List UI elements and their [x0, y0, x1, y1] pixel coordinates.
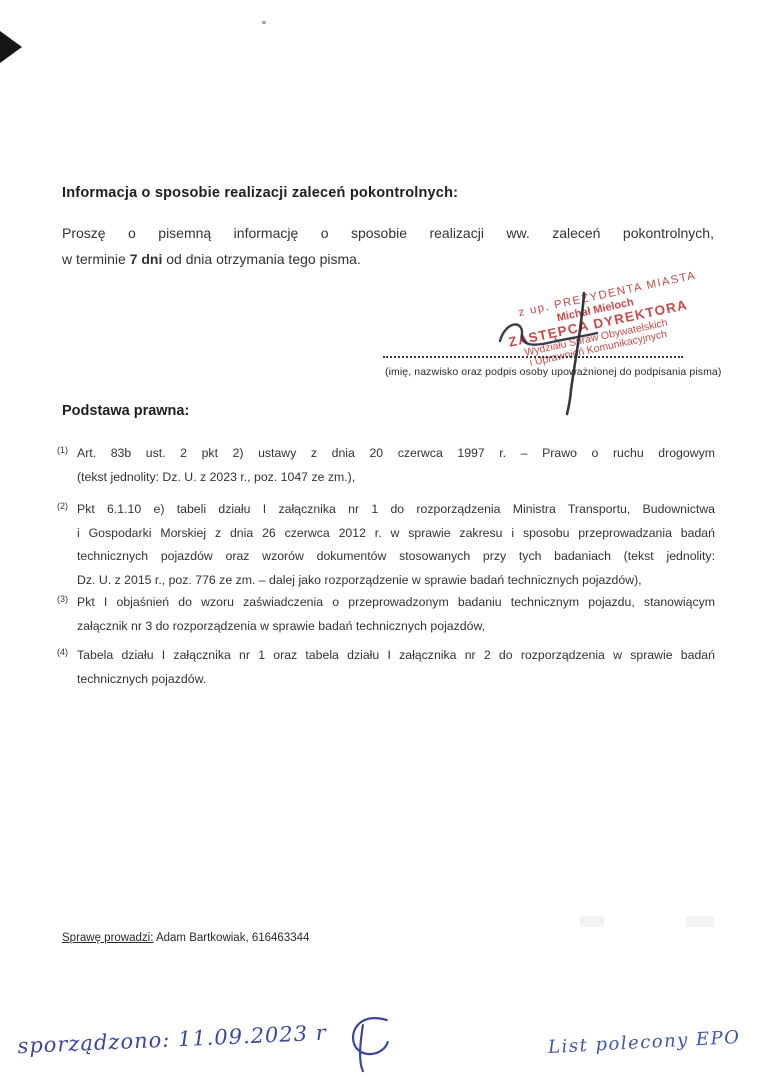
footnote-line: (tekst jednolity: Dz. U. z 2023 r., poz.… [77, 466, 715, 490]
scan-smudge [580, 916, 604, 927]
request-paragraph: Proszę o pisemną informację o sposobie r… [62, 220, 714, 272]
footnote-text: Art. 83b ust. 2 pkt 2) ustawy z dnia 20 … [77, 442, 715, 489]
footnote-line: Dz. U. z 2015 r., poz. 776 ze zm. – dale… [77, 569, 715, 593]
footnote-text: Tabela działu I załącznika nr 1 oraz tab… [77, 644, 715, 691]
case-handler-line: Sprawę prowadzi: Adam Bartkowiak, 616463… [62, 932, 309, 944]
footnote-text: Pkt 6.1.10 e) tabeli działu I załącznika… [77, 498, 715, 592]
footnote-line: Art. 83b ust. 2 pkt 2) ustawy z dnia 20 … [77, 442, 715, 466]
case-handler-value: Adam Bartkowiak, 616463344 [153, 932, 309, 944]
handwritten-date-note: sporządzono: 11.09.2023 r [17, 1021, 327, 1058]
footnote-line: technicznych pojazdów oraz wzorów dokume… [77, 545, 715, 569]
footnote-4: (4) Tabela działu I załącznika nr 1 oraz… [57, 644, 715, 691]
footnote-marker: (3) [57, 591, 77, 638]
footnote-1: (1) Art. 83b ust. 2 pkt 2) ustawy z dnia… [57, 442, 715, 489]
footnote-line: technicznych pojazdów. [77, 668, 715, 692]
footnote-marker: (1) [57, 442, 77, 489]
footnote-line: załącznik nr 3 do rozporządzenia w spraw… [77, 615, 715, 639]
deadline-text-pre: w terminie [62, 251, 130, 267]
deadline-7-dni: 7 dni [130, 251, 163, 267]
handwritten-note-left: sporządzono: 11.09.2023 r [17, 1018, 395, 1086]
handwritten-note-right: List polecony EPO [548, 1027, 741, 1058]
scan-speck [262, 21, 266, 24]
scanned-letter-page: Informacja o sposobie realizacji zaleceń… [0, 0, 768, 1086]
scan-smudge [686, 916, 714, 927]
footnote-text: Pkt I objaśnień do wzoru zaświadczenia o… [77, 591, 715, 638]
section-heading-podstawa-prawna: Podstawa prawna: [62, 403, 189, 419]
section-heading-informacja: Informacja o sposobie realizacji zaleceń… [62, 185, 458, 201]
footnote-line: Pkt 6.1.10 e) tabeli działu I załącznika… [77, 498, 715, 522]
handwritten-paraph [340, 1012, 395, 1074]
footnote-line: Pkt I objaśnień do wzoru zaświadczenia o… [77, 591, 715, 615]
deadline-text-post: od dnia otrzymania tego pisma. [162, 251, 360, 267]
paragraph-line-2: w terminie 7 dni od dnia otrzymania tego… [62, 246, 714, 272]
footnote-marker: (2) [57, 498, 77, 592]
signature-caption: (imię, nazwisko oraz podpis osoby upoważ… [385, 366, 721, 378]
footnote-line: i Gospodarki Morskiej z dnia 26 czerwca … [77, 522, 715, 546]
footnote-3: (3) Pkt I objaśnień do wzoru zaświadczen… [57, 591, 715, 638]
footnote-2: (2) Pkt 6.1.10 e) tabeli działu I załącz… [57, 498, 715, 592]
scan-corner-fold-mark [0, 31, 22, 63]
footnote-marker: (4) [57, 644, 77, 691]
footnote-line: Tabela działu I załącznika nr 1 oraz tab… [77, 644, 715, 668]
case-handler-label: Sprawę prowadzi: [62, 932, 153, 944]
signature-dotted-line [383, 342, 683, 358]
official-red-stamp: z up. PREZYDENTA MIASTA Michał Mieloch Z… [456, 263, 739, 383]
paragraph-line-1: Proszę o pisemną informację o sposobie r… [62, 220, 714, 246]
